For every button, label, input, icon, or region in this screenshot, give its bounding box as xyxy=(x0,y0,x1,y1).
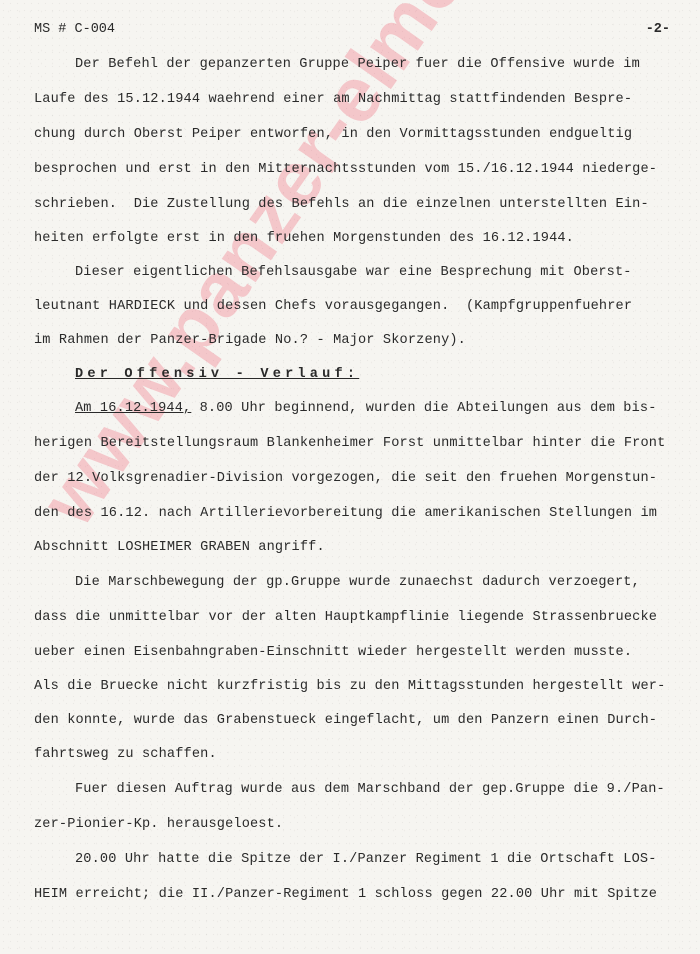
text-line: den konnte, wurde das Grabenstueck einge… xyxy=(34,713,657,728)
document-page: www.panzer-elmo.org MS # C-004 -2- Der B… xyxy=(0,0,700,954)
text-line: schrieben. Die Zustellung des Befehls an… xyxy=(34,197,649,212)
text-span: 8.00 Uhr beginnend, wurden die Abteilung… xyxy=(200,401,657,416)
text-line: Am 16.12.1944, 8.00 Uhr beginnend, wurde… xyxy=(75,401,657,416)
text-line: den des 16.12. nach Artillerievorbereitu… xyxy=(34,506,657,521)
text-line: Als die Bruecke nicht kurzfristig bis zu… xyxy=(34,679,665,694)
text-line: zer-Pionier-Kp. herausgeloest. xyxy=(34,817,283,832)
date-lead: Am 16.12.1944, xyxy=(75,401,191,416)
text-line: besprochen und erst in den Mitternachtss… xyxy=(34,162,657,177)
text-line: Abschnitt LOSHEIMER GRABEN angriff. xyxy=(34,540,325,555)
text-line: HEIM erreicht; die II./Panzer-Regiment 1… xyxy=(34,887,657,902)
text-line: Der Befehl der gepanzerten Gruppe Peiper… xyxy=(75,57,640,72)
text-line: Laufe des 15.12.1944 waehrend einer am N… xyxy=(34,92,632,107)
text-line: heiten erfolgte erst in den fruehen Morg… xyxy=(34,231,574,246)
text-line: fahrtsweg zu schaffen. xyxy=(34,747,217,762)
text-line: der 12.Volksgrenadier-Division vorgezoge… xyxy=(34,471,657,486)
text-line: 20.00 Uhr hatte die Spitze der I./Panzer… xyxy=(75,852,657,867)
text-line: ueber einen Eisenbahngraben-Einschnitt w… xyxy=(34,645,632,660)
text-line: chung durch Oberst Peiper entworfen, in … xyxy=(34,127,632,142)
text-line: dass die unmittelbar vor der alten Haupt… xyxy=(34,610,657,625)
page-number: -2- xyxy=(646,22,670,37)
text-line: im Rahmen der Panzer-Brigade No.? - Majo… xyxy=(34,333,466,348)
text-line: leutnant HARDIECK und dessen Chefs vorau… xyxy=(34,299,632,314)
text-line: herigen Bereitstellungsraum Blankenheime… xyxy=(34,436,665,451)
text-line: Dieser eigentlichen Befehlsausgabe war e… xyxy=(75,265,632,280)
section-heading: Der Offensiv - Verlauf: xyxy=(75,367,359,382)
text-line: Fuer diesen Auftrag wurde aus dem Marsch… xyxy=(75,782,665,797)
document-id: MS # C-004 xyxy=(34,22,115,37)
text-line: Die Marschbewegung der gp.Gruppe wurde z… xyxy=(75,575,640,590)
